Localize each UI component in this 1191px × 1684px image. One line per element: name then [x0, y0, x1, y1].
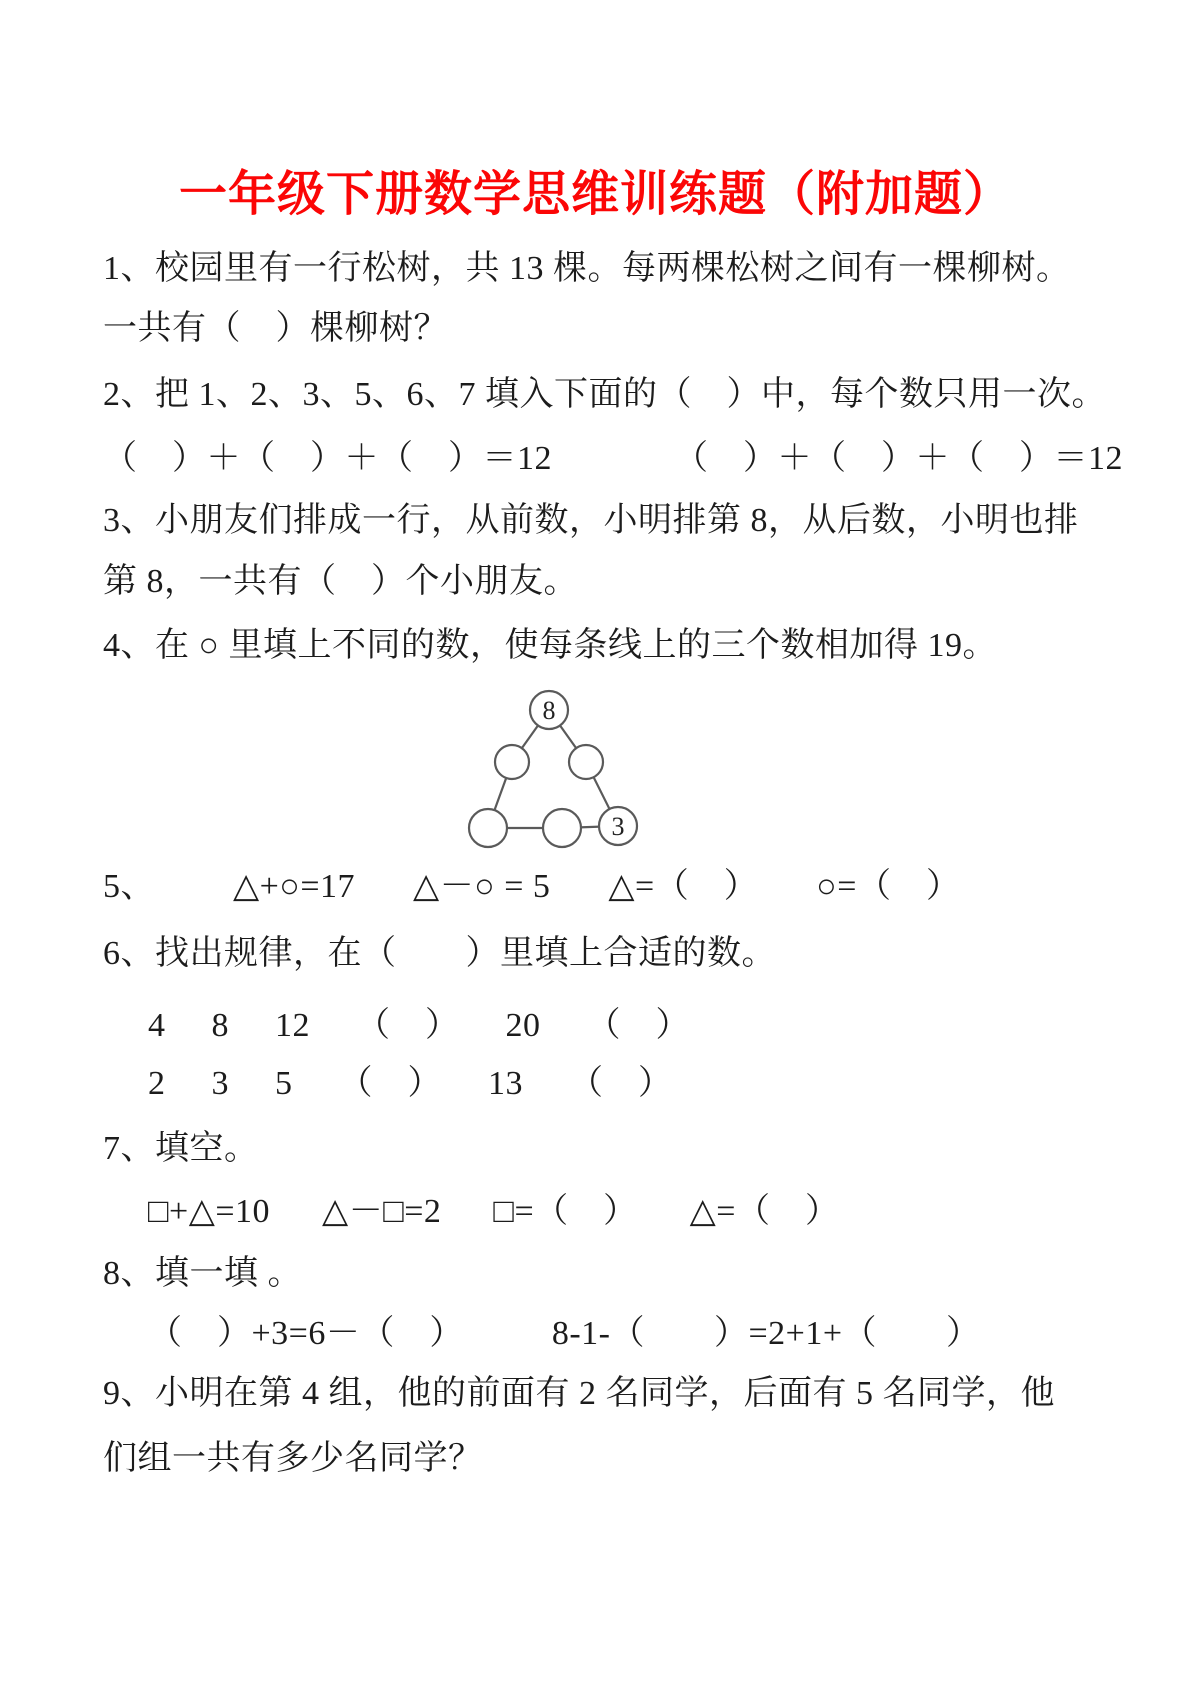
- diagram-circle-middle-right: [569, 745, 603, 779]
- question-2-equations: （ ）＋（ ）＋（ ）＝12 （ ）＋（ ）＋（ ）＝12: [103, 438, 1123, 480]
- q6-row2-item: 5: [275, 1063, 293, 1105]
- q4-triangle-circles-diagram: 8 3: [452, 683, 652, 855]
- q7-item: □+△=10: [148, 1191, 270, 1233]
- q6-row1-item: 12: [275, 1005, 310, 1047]
- q7-item: △=（ ）: [690, 1191, 840, 1233]
- question-6-row-1: 4 8 12 （ ） 20 （ ）: [148, 1005, 690, 1047]
- q6-row1-item: 20: [506, 1005, 541, 1047]
- question-9-line-2: 们组一共有多少名同学？: [103, 1438, 483, 1480]
- q7-item: □=（ ）: [493, 1191, 637, 1233]
- page-title: 一年级下册数学思维训练题（附加题）: [0, 155, 1191, 224]
- question-1-line-2: 一共有（ ）棵柳树？: [103, 308, 448, 350]
- diagram-circle-bottom-middle: [543, 809, 581, 847]
- question-1-line-1: 1、校园里有一行松树，共 13 棵。每两棵松树之间有一棵柳树。: [103, 248, 1071, 290]
- question-9-line-1: 9、小明在第 4 组，他的前面有 2 名同学，后面有 5 名同学，他: [103, 1373, 1055, 1415]
- question-3-line-1: 3、小朋友们排成一行，从前数，小明排第 8，从后数，小明也排: [103, 500, 1079, 542]
- question-8-equations: （ ）+3=6－（ ） 8-1-（ ）=2+1+（ ）: [148, 1313, 981, 1355]
- q6-row1-item: 8: [212, 1005, 230, 1047]
- question-2-line-1: 2、把 1、2、3、5、6、7 填入下面的（ ）中，每个数只用一次。: [103, 374, 1106, 416]
- question-7-equations: □+△=10 △－□=2 □=（ ） △=（ ）: [148, 1191, 839, 1233]
- question-6-row-2: 2 3 5 （ ） 13 （ ）: [148, 1063, 673, 1105]
- q5-item: △=（ ）: [608, 866, 758, 908]
- question-8-line-1: 8、填一填 。: [103, 1253, 302, 1295]
- diagram-value-bottom-right: 3: [612, 812, 625, 841]
- diagram-value-top: 8: [543, 696, 556, 725]
- q6-row2-item: 2: [148, 1063, 166, 1105]
- q6-row2-item: （ ）: [339, 1063, 443, 1105]
- q6-row1-item: 4: [148, 1005, 166, 1047]
- diagram-circle-bottom-left: [469, 809, 507, 847]
- question-6-line-1: 6、找出规律，在（ ）里填上合适的数。: [103, 933, 776, 975]
- q8-item: 8-1-（ ）=2+1+（ ）: [552, 1313, 981, 1355]
- q2-equation-left: （ ）＋（ ）＋（ ）＝12: [103, 438, 552, 480]
- q6-row1-item: （ ）: [587, 1005, 691, 1047]
- q8-item: （ ）+3=6－（ ）: [148, 1313, 464, 1355]
- q6-row2-item: 13: [488, 1063, 523, 1105]
- q5-item: ○=（ ）: [816, 866, 960, 908]
- q6-row2-item: 3: [212, 1063, 230, 1105]
- question-4-line-1: 4、在 ○ 里填上不同的数，使每条线上的三个数相加得 19。: [103, 625, 997, 667]
- worksheet-page: 一年级下册数学思维训练题（附加题） 1、校园里有一行松树，共 13 棵。每两棵松…: [0, 0, 1191, 1684]
- question-5-line: 5、 △+○=17 △－○ = 5 △=（ ） ○=（ ）: [103, 866, 960, 908]
- q5-number-label: 5、: [103, 866, 155, 908]
- q6-row2-item: （ ）: [569, 1063, 673, 1105]
- question-3-line-2: 第 8，一共有（ ）个小朋友。: [103, 561, 578, 603]
- q5-item: △+○=17: [233, 866, 355, 908]
- q2-equation-right: （ ）＋（ ）＋（ ）＝12: [674, 438, 1123, 480]
- q7-item: △－□=2: [322, 1191, 441, 1233]
- q6-row1-item: （ ）: [356, 1005, 460, 1047]
- q5-item: △－○ = 5: [413, 866, 550, 908]
- question-7-line-1: 7、填空。: [103, 1128, 259, 1170]
- diagram-circle-middle-left: [495, 745, 529, 779]
